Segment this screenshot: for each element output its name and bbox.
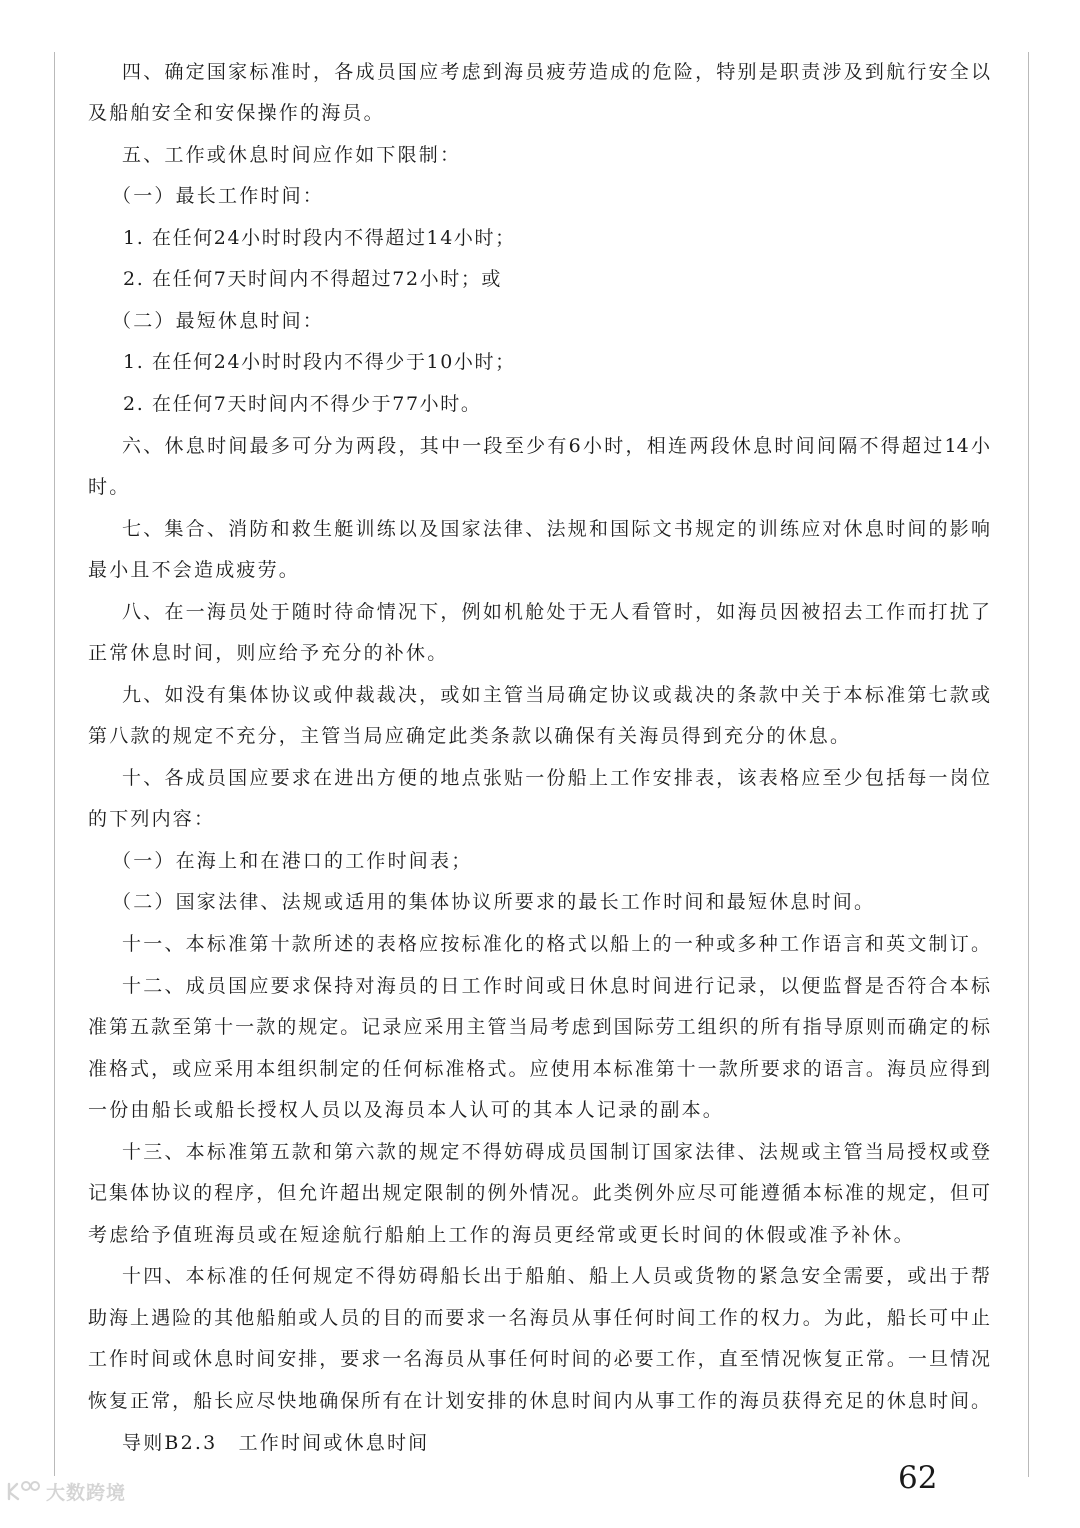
- paragraph-11-line-1: 十一、本标准第十款所述的表格应按标准化的格式以船上的一种或多种工作语言和英文制订…: [122, 929, 990, 959]
- watermark: 大数跨境: [6, 1478, 126, 1504]
- paragraph-12-line-2: 准第五款至第十一款的规定。记录应采用主管当局考虑到国际劳工组织的所有指导原则而确…: [88, 1012, 990, 1042]
- subsection-min-rest-hours: （二）最短休息时间：: [112, 306, 990, 336]
- paragraph-8-line-1: 八、在一海员处于随时待命情况下，例如机舱处于无人看管时，如海员因被招去工作而打扰…: [122, 597, 990, 627]
- paragraph-9-line-2: 第八款的规定不充分，主管当局应确定此类条款以确保有关海员得到充分的休息。: [88, 721, 990, 751]
- paragraph-7-line-1: 七、集合、消防和救生艇训练以及国家法律、法规和国际文书规定的训练应对休息时间的影…: [122, 514, 990, 544]
- paragraph-12-line-1: 十二、成员国应要求保持对海员的日工作时间或日休息时间进行记录，以便监督是否符合本…: [122, 971, 990, 1001]
- paragraph-14-line-1: 十四、本标准的任何规定不得妨碍船长出于船舶、船上人员或货物的紧急安全需要，或出于…: [122, 1261, 990, 1291]
- watermark-text: 大数跨境: [46, 1478, 126, 1505]
- paragraph-13-line-2: 记集体协议的程序，但允许超出规定限制的例外情况。此类例外应尽可能遵循本标准的规定…: [88, 1178, 990, 1208]
- paragraph-9-line-1: 九、如没有集体协议或仲裁裁决，或如主管当局确定协议或裁决的条款中关于本标准第七款…: [122, 680, 990, 710]
- watermark-logo-icon: [6, 1480, 40, 1502]
- paragraph-6-line-2: 时。: [88, 472, 990, 502]
- left-margin-rule: [54, 52, 55, 1476]
- paragraph-13-line-1: 十三、本标准第五款和第六款的规定不得妨碍成员国制订国家法律、法规或主管当局授权或…: [122, 1137, 990, 1167]
- paragraph-14-line-3: 工作时间或休息时间安排，要求一名海员从事任何时间的必要工作，直至情况恢复正常。一…: [88, 1344, 990, 1374]
- paragraph-4-line-2: 及船舶安全和安保操作的海员。: [88, 98, 990, 128]
- max-work-item-1: 1. 在任何24小时时段内不得超过14小时；: [123, 223, 990, 253]
- page-number: 62: [898, 1460, 937, 1496]
- subsection-max-work-hours: （一）最长工作时间：: [112, 181, 990, 211]
- paragraph-4-line-1: 四、确定国家标准时，各成员国应考虑到海员疲劳造成的危险，特别是职责涉及到航行安全…: [122, 57, 990, 87]
- document-page: 四、确定国家标准时，各成员国应考虑到海员疲劳造成的危险，特别是职责涉及到航行安全…: [0, 0, 1080, 1528]
- paragraph-5-heading: 五、工作或休息时间应作如下限制：: [122, 140, 990, 170]
- right-margin-rule: [1028, 52, 1029, 1477]
- paragraph-6-line-1: 六、休息时间最多可分为两段，其中一段至少有6小时，相连两段休息时间间隔不得超过1…: [122, 431, 990, 461]
- paragraph-14-line-4: 恢复正常，船长应尽快地确保所有在计划安排的休息时间内从事工作的海员获得充足的休息…: [88, 1386, 990, 1416]
- min-rest-item-1: 1. 在任何24小时时段内不得少于10小时；: [123, 347, 990, 377]
- max-work-item-2: 2. 在任何7天时间内不得超过72小时；或: [123, 264, 990, 294]
- paragraph-10-line-2: 的下列内容：: [88, 804, 990, 834]
- paragraph-13-line-3: 考虑给予值班海员或在短途航行船舶上工作的海员更经常或更长时间的休假或准予补休。: [88, 1220, 990, 1250]
- paragraph-8-line-2: 正常休息时间，则应给予充分的补休。: [88, 638, 990, 668]
- paragraph-10-item-1: （一）在海上和在港口的工作时间表；: [112, 846, 990, 876]
- paragraph-12-line-3: 准格式，或应采用本组织制定的任何标准格式。应使用本标准第十一款所要求的语言。海员…: [88, 1054, 990, 1084]
- paragraph-10-item-2: （二）国家法律、法规或适用的集体协议所要求的最长工作时间和最短休息时间。: [112, 887, 990, 917]
- guideline-b2-3-heading: 导则B2.3 工作时间或休息时间: [122, 1428, 990, 1458]
- paragraph-14-line-2: 助海上遇险的其他船舶或人员的目的而要求一名海员从事任何时间工作的权力。为此，船长…: [88, 1303, 990, 1333]
- paragraph-10-line-1: 十、各成员国应要求在进出方便的地点张贴一份船上工作安排表，该表格应至少包括每一岗…: [122, 763, 990, 793]
- min-rest-item-2: 2. 在任何7天时间内不得少于77小时。: [123, 389, 990, 419]
- paragraph-7-line-2: 最小且不会造成疲劳。: [88, 555, 990, 585]
- paragraph-12-line-4: 一份由船长或船长授权人员以及海员本人认可的其本人记录的副本。: [88, 1095, 990, 1125]
